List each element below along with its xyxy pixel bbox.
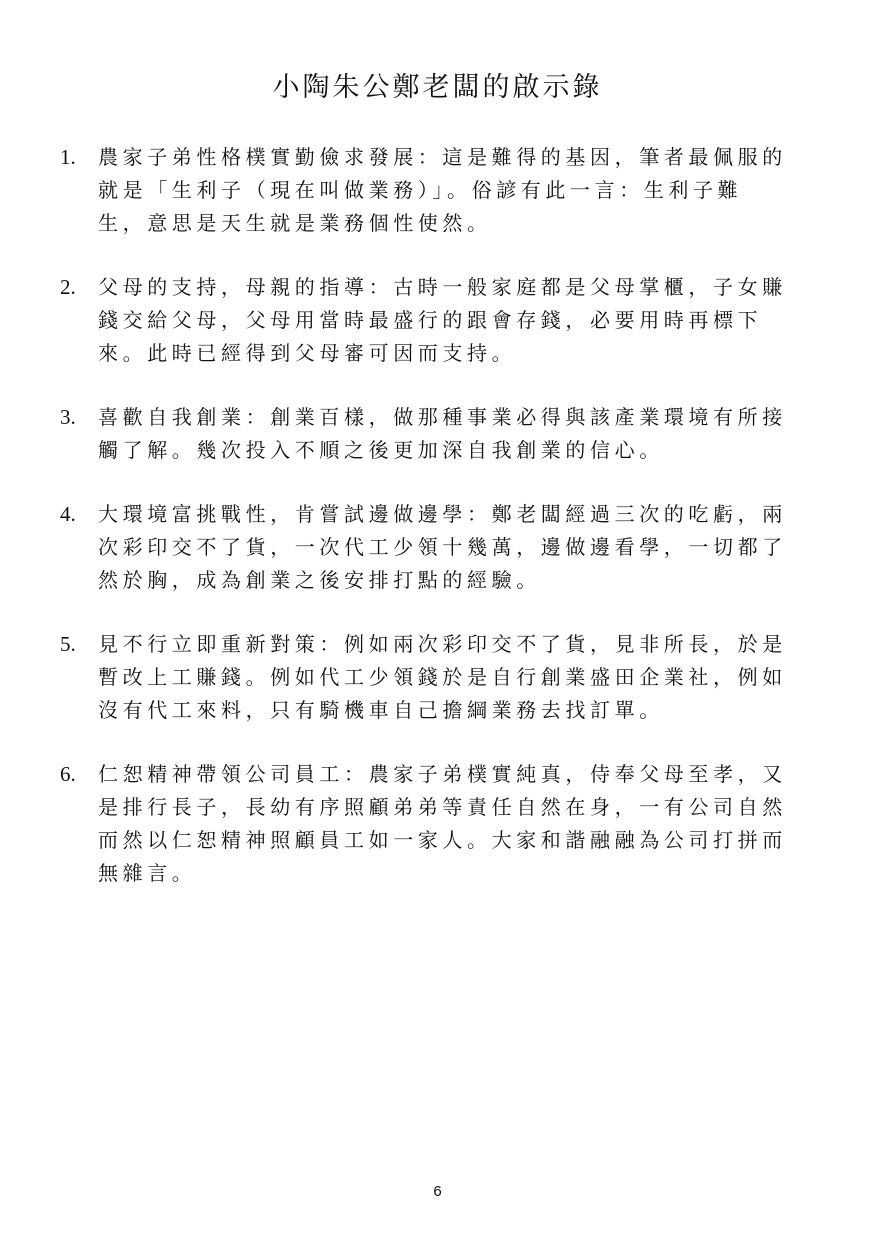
text-line: 來。此時已經得到父母審可因而支持。: [98, 337, 813, 370]
item-text: 喜歡自我創業：創業百樣，做那種事業必得與該產業環境有所接 觸了解。幾次投入不順之…: [98, 401, 813, 467]
insights-list: 1. 農家子弟性格樸實勤儉求發展：這是難得的基因，筆者最佩服的 就是「生利子（現…: [0, 141, 875, 921]
item-number: 2.: [60, 271, 76, 304]
list-item-1: 1. 農家子弟性格樸實勤儉求發展：這是難得的基因，筆者最佩服的 就是「生利子（現…: [0, 141, 875, 240]
text-line: 大環境富挑戰性，肯嘗試邊做邊學：鄭老闆經過三次的吃虧，兩: [98, 498, 813, 531]
text-line: 是排行長子，長幼有序照顧弟弟等責任自然在身，一有公司自然: [98, 791, 813, 824]
item-number: 4.: [60, 498, 76, 531]
text-line: 觸了解。幾次投入不順之後更加深自我創業的信心。: [98, 434, 813, 467]
item-number: 6.: [60, 758, 76, 791]
page-number: 6: [0, 1182, 875, 1202]
text-line: 暫改上工賺錢。例如代工少領錢於是自行創業盛田企業社，例如: [98, 661, 813, 694]
item-number: 1.: [60, 141, 76, 174]
item-text: 仁恕精神帶領公司員工：農家子弟樸實純真，侍奉父母至孝，又 是排行長子，長幼有序照…: [98, 758, 813, 890]
text-line: 無雜言。: [98, 857, 813, 890]
text-line: 錢交給父母，父母用當時最盛行的跟會存錢，必要用時再標下: [98, 304, 813, 337]
list-item-4: 4. 大環境富挑戰性，肯嘗試邊做邊學：鄭老闆經過三次的吃虧，兩 次彩印交不了貨，…: [0, 498, 875, 597]
item-text: 大環境富挑戰性，肯嘗試邊做邊學：鄭老闆經過三次的吃虧，兩 次彩印交不了貨，一次代…: [98, 498, 813, 597]
text-line: 然於胸，成為創業之後安排打點的經驗。: [98, 564, 813, 597]
text-line: 而然以仁恕精神照顧員工如一家人。大家和諧融融為公司打拼而: [98, 824, 813, 857]
text-line: 就是「生利子（現在叫做業務）」。俗諺有此一言：生利子難: [98, 174, 813, 207]
text-line: 喜歡自我創業：創業百樣，做那種事業必得與該產業環境有所接: [98, 401, 813, 434]
page-title: 小陶朱公鄭老闆的啟示錄: [0, 68, 875, 108]
text-line: 次彩印交不了貨，一次代工少領十幾萬，邊做邊看學，一切都了: [98, 531, 813, 564]
item-text: 見不行立即重新對策：例如兩次彩印交不了貨，見非所長，於是 暫改上工賺錢。例如代工…: [98, 628, 813, 727]
item-number: 3.: [60, 401, 76, 434]
text-line: 仁恕精神帶領公司員工：農家子弟樸實純真，侍奉父母至孝，又: [98, 758, 813, 791]
item-number: 5.: [60, 628, 76, 661]
item-text: 農家子弟性格樸實勤儉求發展：這是難得的基因，筆者最佩服的 就是「生利子（現在叫做…: [98, 141, 813, 240]
text-line: 農家子弟性格樸實勤儉求發展：這是難得的基因，筆者最佩服的: [98, 141, 813, 174]
list-item-5: 5. 見不行立即重新對策：例如兩次彩印交不了貨，見非所長，於是 暫改上工賺錢。例…: [0, 628, 875, 727]
text-line: 生，意思是天生就是業務個性使然。: [98, 207, 813, 240]
list-item-2: 2. 父母的支持，母親的指導：古時一般家庭都是父母掌櫃，子女賺 錢交給父母，父母…: [0, 271, 875, 370]
text-line: 父母的支持，母親的指導：古時一般家庭都是父母掌櫃，子女賺: [98, 271, 813, 304]
list-item-3: 3. 喜歡自我創業：創業百樣，做那種事業必得與該產業環境有所接 觸了解。幾次投入…: [0, 401, 875, 467]
text-line: 沒有代工來料，只有騎機車自己擔綱業務去找訂單。: [98, 694, 813, 727]
item-text: 父母的支持，母親的指導：古時一般家庭都是父母掌櫃，子女賺 錢交給父母，父母用當時…: [98, 271, 813, 370]
list-item-6: 6. 仁恕精神帶領公司員工：農家子弟樸實純真，侍奉父母至孝，又 是排行長子，長幼…: [0, 758, 875, 890]
text-line: 見不行立即重新對策：例如兩次彩印交不了貨，見非所長，於是: [98, 628, 813, 661]
